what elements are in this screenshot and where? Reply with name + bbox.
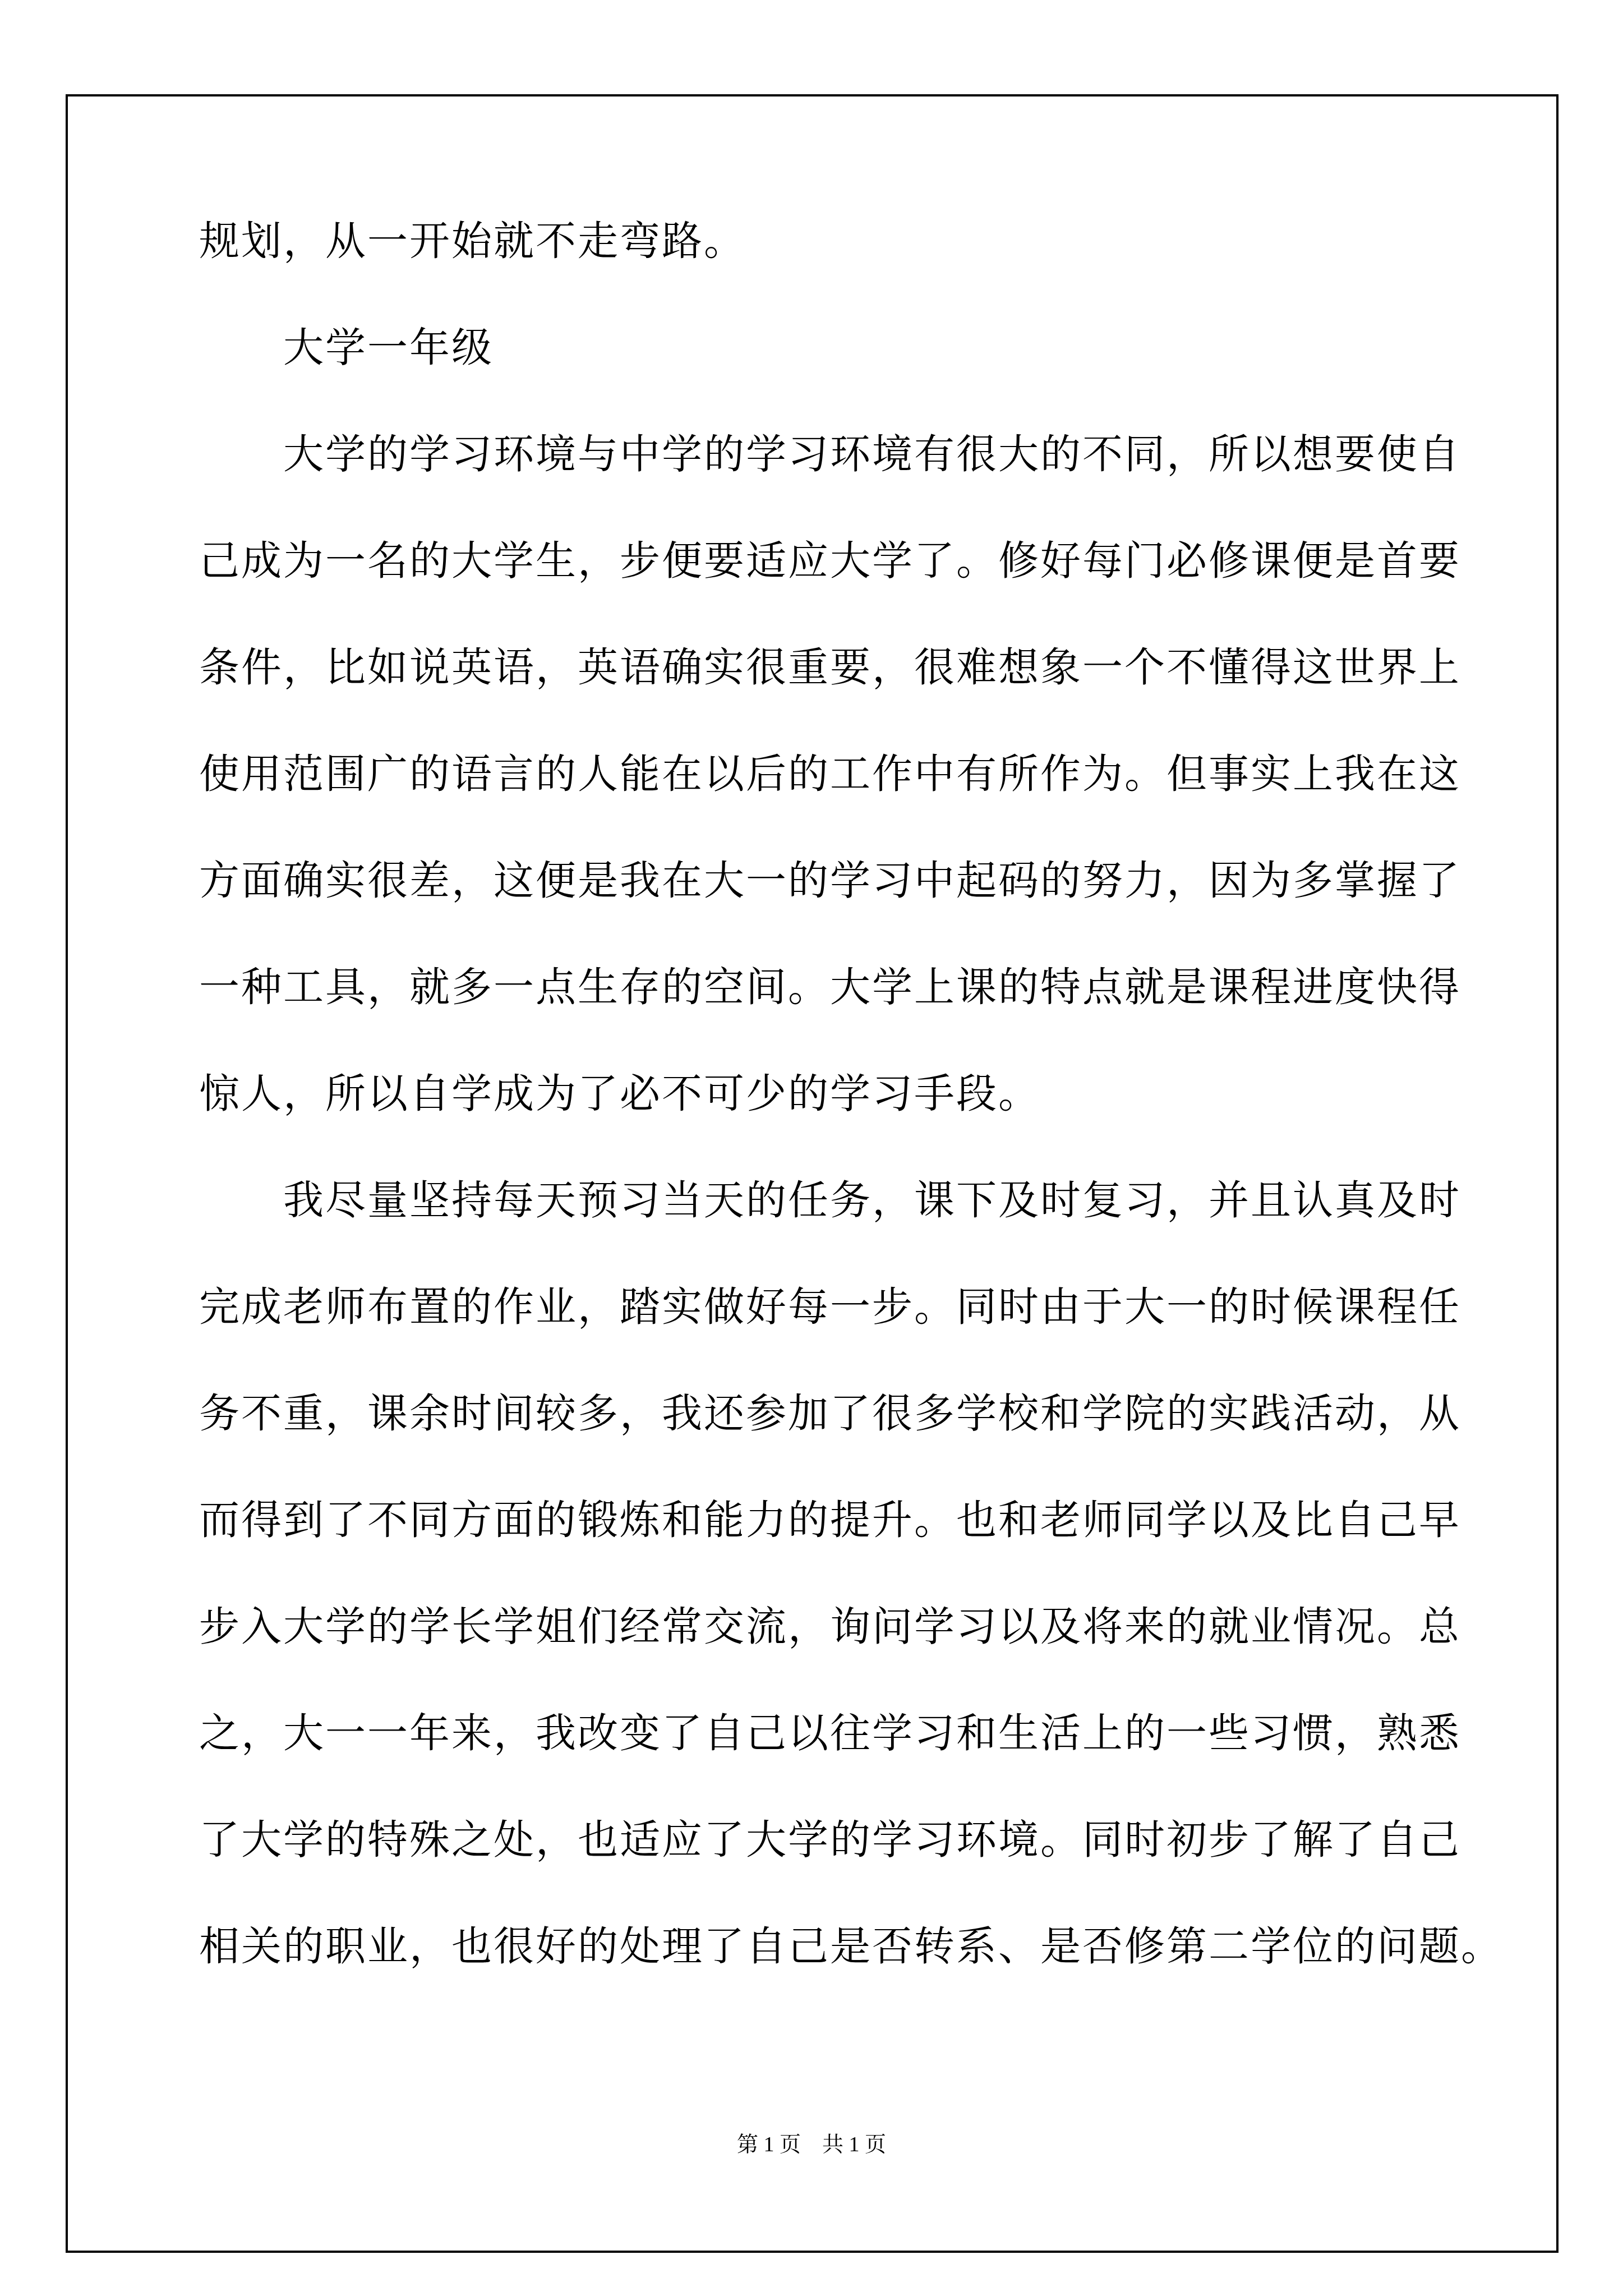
text-line: 大学的学习环境与中学的学习环境有很大的不同，所以想要使自 xyxy=(283,433,1461,540)
text-line: 方面确实很差，这便是我在大一的学习中起码的努力，因为多掌握了 xyxy=(199,859,1461,966)
text-line: 相关的职业，也很好的处理了自己是否转系、是否修第二学位的问题。 xyxy=(199,1925,1503,2032)
text-line: 我尽量坚持每天预习当天的任务，课下及时复习，并且认真及时 xyxy=(283,1179,1461,1286)
text-line: 之，大一一年来，我改变了自己以往学习和生活上的一些习惯，熟悉 xyxy=(199,1712,1461,1819)
text-line: 一种工具，就多一点生存的空间。大学上课的特点就是课程进度快得 xyxy=(199,966,1461,1073)
text-line: 而得到了不同方面的锻炼和能力的提升。也和老师同学以及比自己早 xyxy=(199,1499,1461,1605)
text-line: 使用范围广的语言的人能在以后的工作中有所作为。但事实上我在这 xyxy=(199,753,1461,859)
text-line: 己成为一名的大学生，步便要适应大学了。修好每门必修课便是首要 xyxy=(199,540,1461,646)
text-line: 步入大学的学长学姐们经常交流，询问学习以及将来的就业情况。总 xyxy=(199,1605,1461,1712)
text-line: 条件，比如说英语，英语确实很重要，很难想象一个不懂得这世界上 xyxy=(199,646,1461,753)
section-heading: 大学一年级 xyxy=(283,326,494,433)
text-line: 规划，从一开始就不走弯路。 xyxy=(199,220,746,326)
text-line: 了大学的特殊之处，也适应了大学的学习环境。同时初步了解了自己 xyxy=(199,1819,1461,1925)
text-line: 惊人，所以自学成为了必不可少的学习手段。 xyxy=(199,1073,1040,1179)
text-line: 完成老师布置的作业，踏实做好每一步。同时由于大一的时候课程任 xyxy=(199,1286,1461,1392)
page-number-footer: 第 1 页 共 1 页 xyxy=(0,2132,1623,2157)
text-line: 务不重，课余时间较多，我还参加了很多学校和学院的实践活动，从 xyxy=(199,1392,1461,1499)
